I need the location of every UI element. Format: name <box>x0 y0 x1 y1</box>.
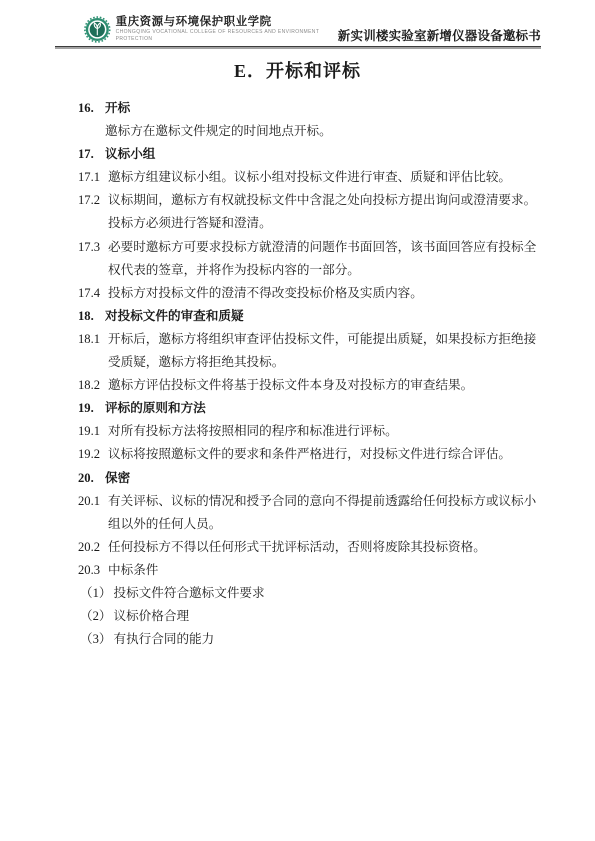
clause-number: 18. <box>78 305 94 328</box>
clause-item: 17.1邀标方组建议标小组。议标小组对投标文件进行审查、质疑和评估比较。 <box>108 166 575 189</box>
clause-number: 19.2 <box>78 443 100 466</box>
clause-number: 20.2 <box>78 536 100 559</box>
clause-number: （3） <box>80 632 111 646</box>
page-title: E．开标和评标 <box>0 60 595 82</box>
clause-text: 开标后，邀标方将组织审查评估投标文件，可能提出质疑，如果投标方拒绝接 受质疑，邀… <box>108 332 536 369</box>
college-brand: 重庆资源与环境保护职业学院 CHONGQING VOCATIONAL COLLE… <box>84 15 338 44</box>
clause-item: 18.2邀标方评估投标文件将基于投标文件本身及对投标方的审查结果。 <box>108 374 575 397</box>
clause-number: 17.2 <box>78 189 100 212</box>
clause-item: 19.1对所有投标方法将按照相同的程序和标准进行评标。 <box>108 420 575 443</box>
clause-text: 保密 <box>105 471 130 485</box>
clause-text: 必要时邀标方可要求投标方就澄清的问题作书面回答，该书面回答应有投标全 权代表的签… <box>108 240 536 277</box>
clause-item: 19.2议标将按照邀标文件的要求和条件严格进行，对投标文件进行综合评估。 <box>108 443 575 466</box>
clause-number: 20. <box>78 467 94 490</box>
section-heading: 17.议标小组 <box>105 143 575 166</box>
clause-number: 20.1 <box>78 490 100 513</box>
header-rule <box>55 46 541 49</box>
clause-number: 17.4 <box>78 282 100 305</box>
header-row: 重庆资源与环境保护职业学院 CHONGQING VOCATIONAL COLLE… <box>55 15 541 46</box>
college-subtitle: CHONGQING VOCATIONAL COLLEGE OF RESOURCE… <box>116 29 338 43</box>
clause-text: 任何投标方不得以任何形式干扰评标活动，否则将废除其投标资格。 <box>108 540 486 554</box>
college-emblem-icon <box>84 15 111 44</box>
college-brand-text: 重庆资源与环境保护职业学院 CHONGQING VOCATIONAL COLLE… <box>116 16 338 43</box>
clause-number: （1） <box>80 586 111 600</box>
clause-text: 邀标方在邀标文件规定的时间地点开标。 <box>105 124 332 138</box>
clause-item: 18.1开标后，邀标方将组织审查评估投标文件，可能提出质疑，如果投标方拒绝接 受… <box>108 328 575 374</box>
clause-item: 17.2议标期间，邀标方有权就投标文件中含混之处向投标方提出询问或澄清要求。 投… <box>108 189 575 235</box>
clause-text: 中标条件 <box>108 563 158 577</box>
clause-number: 20.3 <box>78 559 100 582</box>
section-heading: 20.保密 <box>105 467 575 490</box>
clause-number: 19.1 <box>78 420 100 443</box>
clause-number: 18.2 <box>78 374 100 397</box>
clauses-container: 16.开标邀标方在邀标文件规定的时间地点开标。17.议标小组17.1邀标方组建议… <box>0 97 595 651</box>
clause-text: 邀标方组建议标小组。议标小组对投标文件进行审查、质疑和评估比较。 <box>108 170 511 184</box>
clause-item: 20.3中标条件 <box>108 559 575 582</box>
clause-text: 议标价格合理 <box>113 609 189 623</box>
clause-text: 议标小组 <box>105 147 155 161</box>
clause-item: 17.3必要时邀标方可要求投标方就澄清的问题作书面回答，该书面回答应有投标全 权… <box>108 236 575 282</box>
clause-text: 邀标方评估投标文件将基于投标文件本身及对投标方的审查结果。 <box>108 378 473 392</box>
list-item: （1）投标文件符合邀标文件要求 <box>80 582 575 605</box>
list-item: （3）有执行合同的能力 <box>80 628 575 651</box>
list-item: （2）议标价格合理 <box>80 605 575 628</box>
section-heading: 16.开标 <box>105 97 575 120</box>
clause-text: 投标文件符合邀标文件要求 <box>113 586 264 600</box>
clause-text: 开标 <box>105 101 130 115</box>
college-name: 重庆资源与环境保护职业学院 <box>116 16 338 29</box>
clause-item: 17.4投标方对投标文件的澄清不得改变投标价格及实质内容。 <box>108 282 575 305</box>
clause-number: 19. <box>78 397 94 420</box>
clause-number: 18.1 <box>78 328 100 351</box>
clause-number: 17.3 <box>78 236 100 259</box>
clause-text: 对投标文件的审查和质疑 <box>105 309 244 323</box>
clause-number: 17.1 <box>78 166 100 189</box>
clause-item: 20.1有关评标、议标的情况和授予合同的意向不得提前透露给任何投标方或议标小 组… <box>108 490 575 536</box>
body-paragraph: 邀标方在邀标文件规定的时间地点开标。 <box>105 120 575 143</box>
clause-number: （2） <box>80 609 111 623</box>
clause-number: 16. <box>78 97 94 120</box>
clause-item: 20.2任何投标方不得以任何形式干扰评标活动，否则将废除其投标资格。 <box>108 536 575 559</box>
clause-text: 投标方对投标文件的澄清不得改变投标价格及实质内容。 <box>108 286 423 300</box>
section-heading: 19.评标的原则和方法 <box>105 397 575 420</box>
document-page: 重庆资源与环境保护职业学院 CHONGQING VOCATIONAL COLLE… <box>0 0 595 841</box>
clause-text: 有关评标、议标的情况和授予合同的意向不得提前透露给任何投标方或议标小 组以外的任… <box>108 494 536 531</box>
document-body: E．开标和评标 16.开标邀标方在邀标文件规定的时间地点开标。17.议标小组17… <box>0 50 595 651</box>
page-header: 重庆资源与环境保护职业学院 CHONGQING VOCATIONAL COLLE… <box>55 15 541 49</box>
header-doc-title: 新实训楼实验室新增仪器设备邀标书 <box>338 29 541 44</box>
clause-text: 有执行合同的能力 <box>113 632 214 646</box>
clause-text: 对所有投标方法将按照相同的程序和标准进行评标。 <box>108 424 398 438</box>
clause-text: 评标的原则和方法 <box>105 401 206 415</box>
section-heading: 18.对投标文件的审查和质疑 <box>105 305 575 328</box>
clause-text: 议标期间，邀标方有权就投标文件中含混之处向投标方提出询问或澄清要求。 投标方必须… <box>108 193 536 230</box>
clause-text: 议标将按照邀标文件的要求和条件严格进行，对投标文件进行综合评估。 <box>108 447 511 461</box>
clause-number: 17. <box>78 143 94 166</box>
